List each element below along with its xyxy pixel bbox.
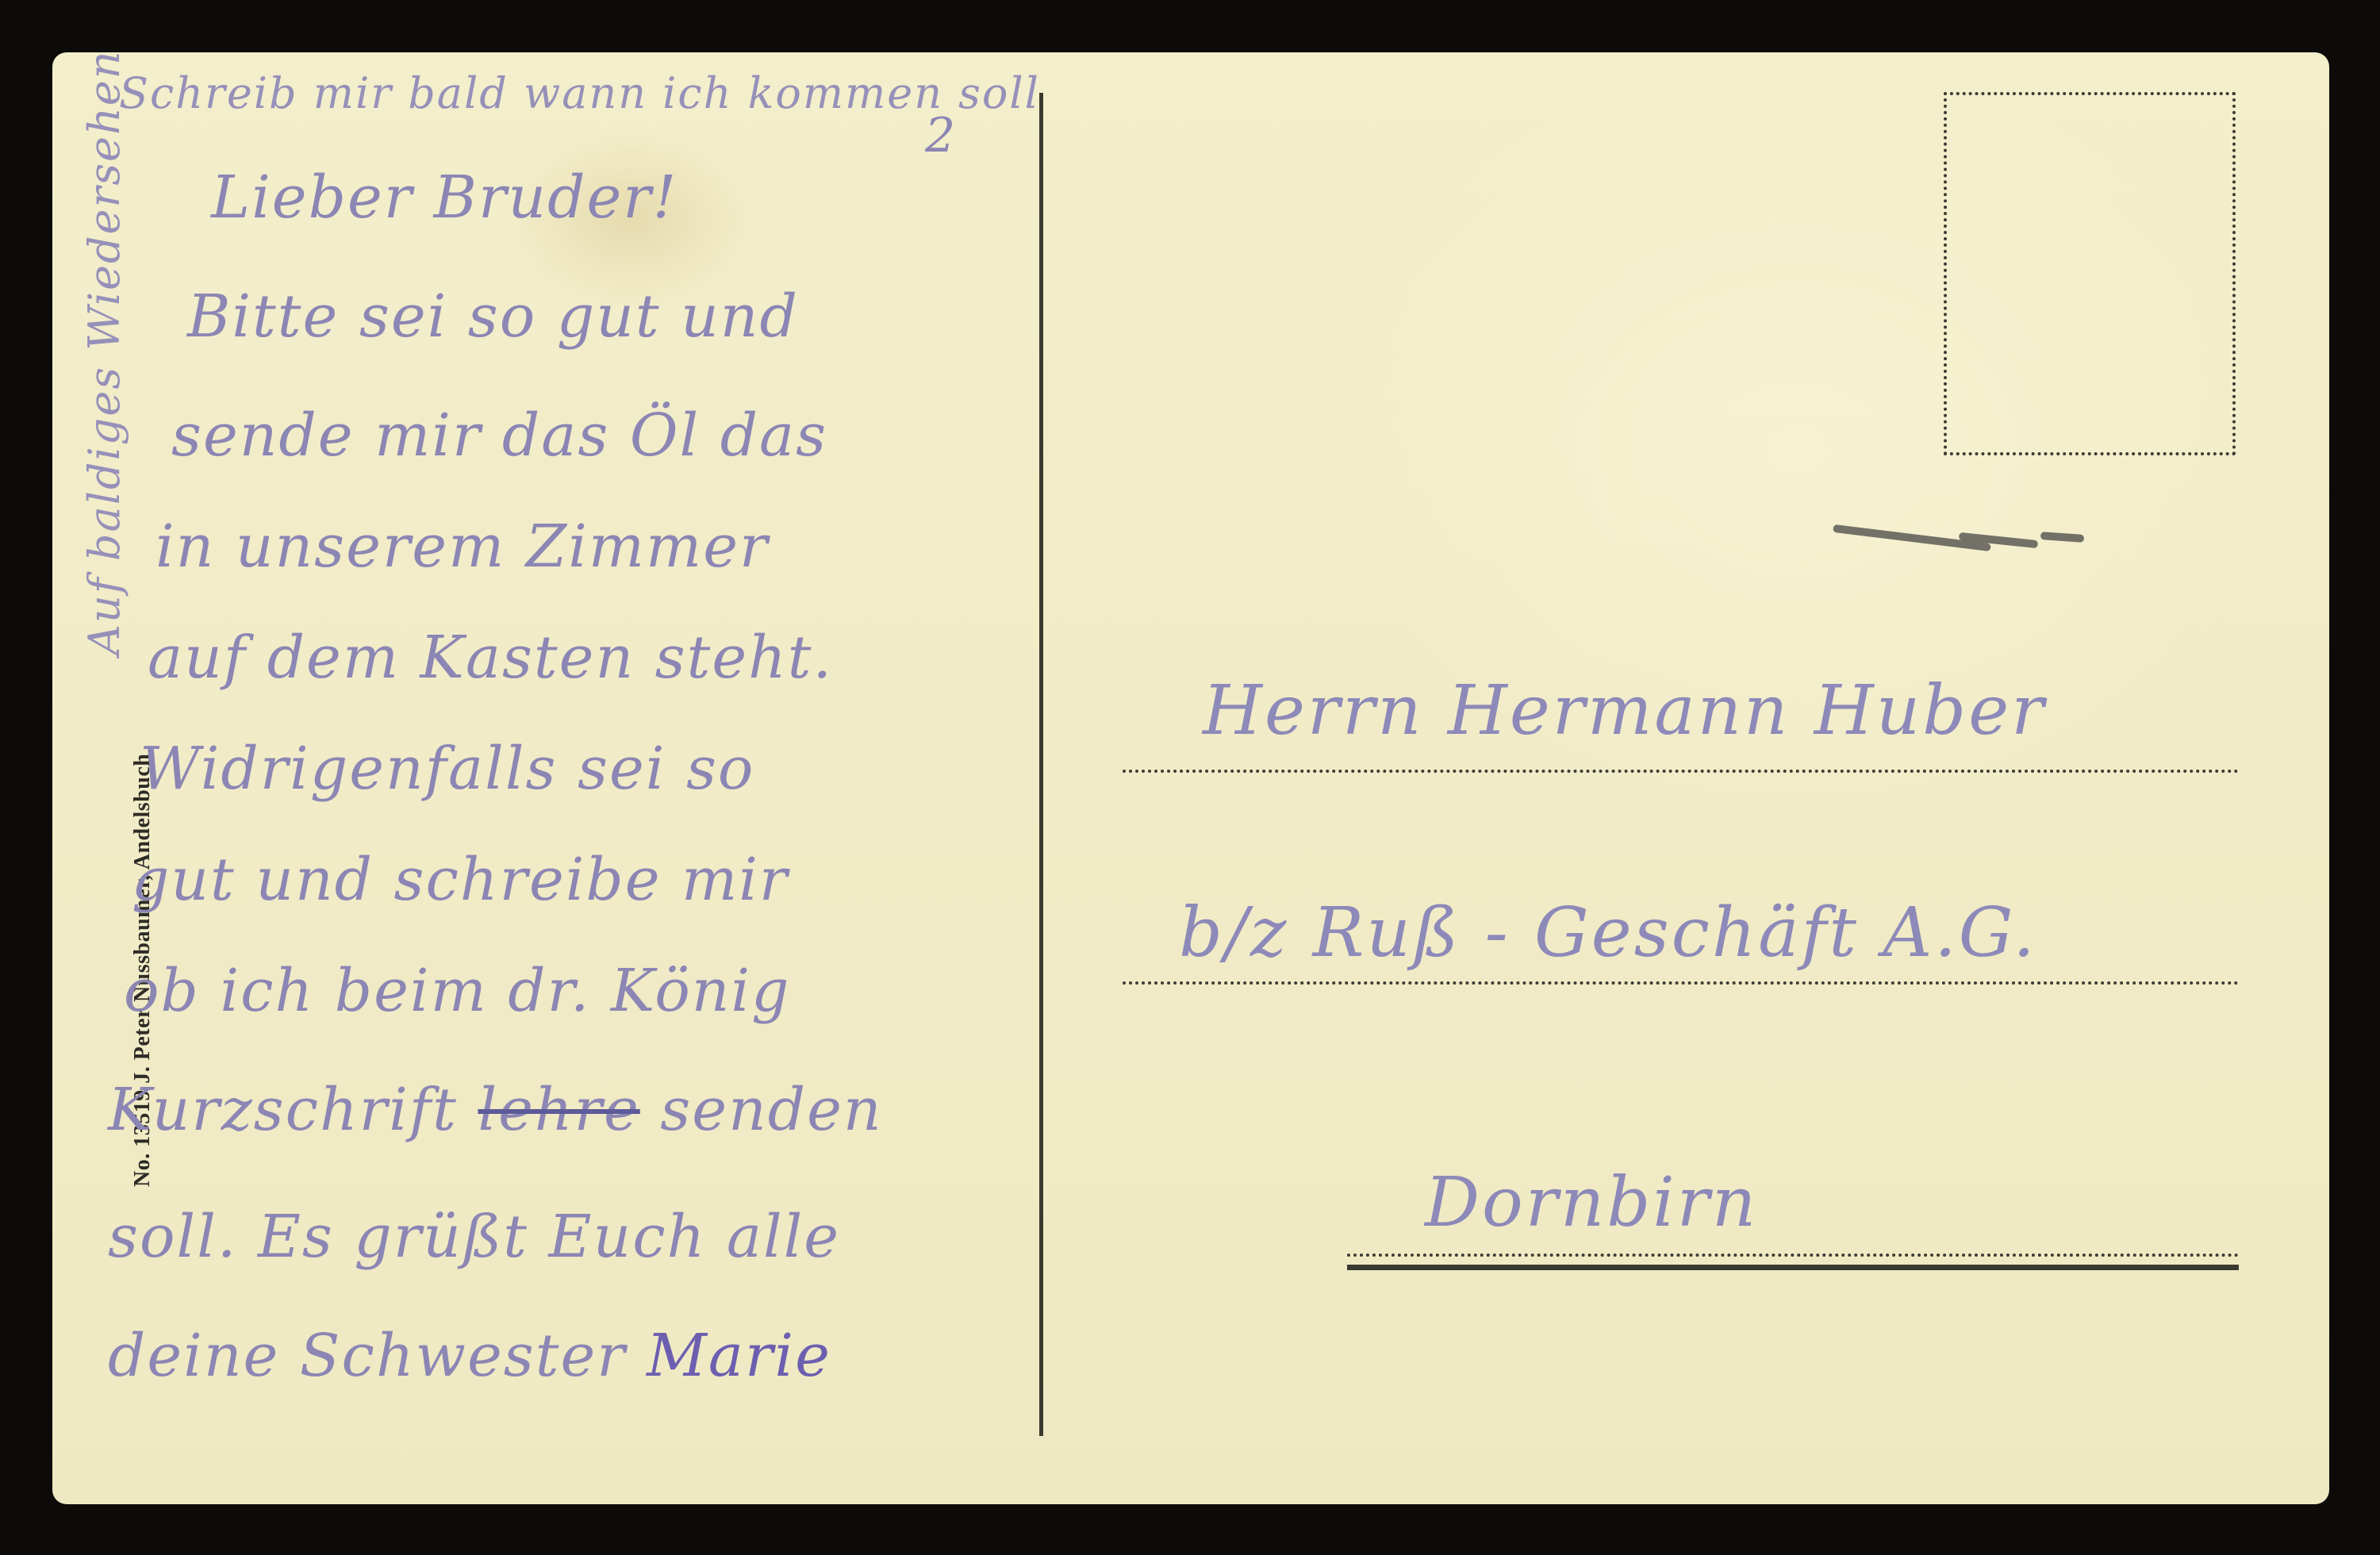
message-line-5: Widrigenfalls sei so (140, 735, 754, 803)
page-mark: 2 (925, 108, 957, 163)
address-recipient: Herrn Hermann Huber (1203, 671, 2046, 751)
message-line-6: gut und schreibe mir (132, 846, 789, 914)
struck-word: lehre (478, 1076, 639, 1144)
publisher-name: J. Peter Nussbaumer, Andelsbuch (130, 754, 155, 1084)
address-line-3 (1347, 1254, 2239, 1257)
message-line-8: Kurzschrift lehre senden (108, 1076, 883, 1144)
address-city: Dornbirn (1425, 1163, 1758, 1242)
address-underline-bar (1347, 1265, 2239, 1270)
address-line-2 (1123, 981, 2239, 985)
side-margin-note: Auf baldiges Wiedersehen (79, 50, 129, 656)
postcard-back: No. 13519 J. Peter Nussbaumer, Andelsbuc… (52, 52, 2329, 1504)
message-line-1: Bitte sei so gut und (187, 282, 799, 351)
signature: Marie (647, 1322, 831, 1390)
salutation: Lieber Bruder! (211, 163, 678, 232)
closing-line: deine Schwester Marie (108, 1322, 831, 1390)
message-line-4: auf dem Kasten steht. (148, 624, 833, 692)
address-company: b/z Ruß - Geschäft A.G. (1179, 893, 2037, 973)
center-divider (1039, 93, 1043, 1436)
stamp-box (1944, 92, 2236, 455)
message-line-3: in unserem Zimmer (155, 513, 769, 581)
line-8-text: Kurzschrift (108, 1076, 458, 1144)
message-line-2: sende mir das Öl das (171, 401, 827, 470)
closing: deine Schwester (108, 1322, 627, 1390)
message-line-9: soll. Es grüßt Euch alle (108, 1203, 840, 1271)
postmark-bar-3 (2040, 532, 2085, 543)
top-margin-note: Schreib mir bald wann ich kommen soll (119, 68, 1040, 118)
message-line-7: ob ich beim dr. König (124, 957, 790, 1025)
line-8-text-end: senden (660, 1076, 882, 1144)
address-line-1 (1123, 770, 2239, 773)
